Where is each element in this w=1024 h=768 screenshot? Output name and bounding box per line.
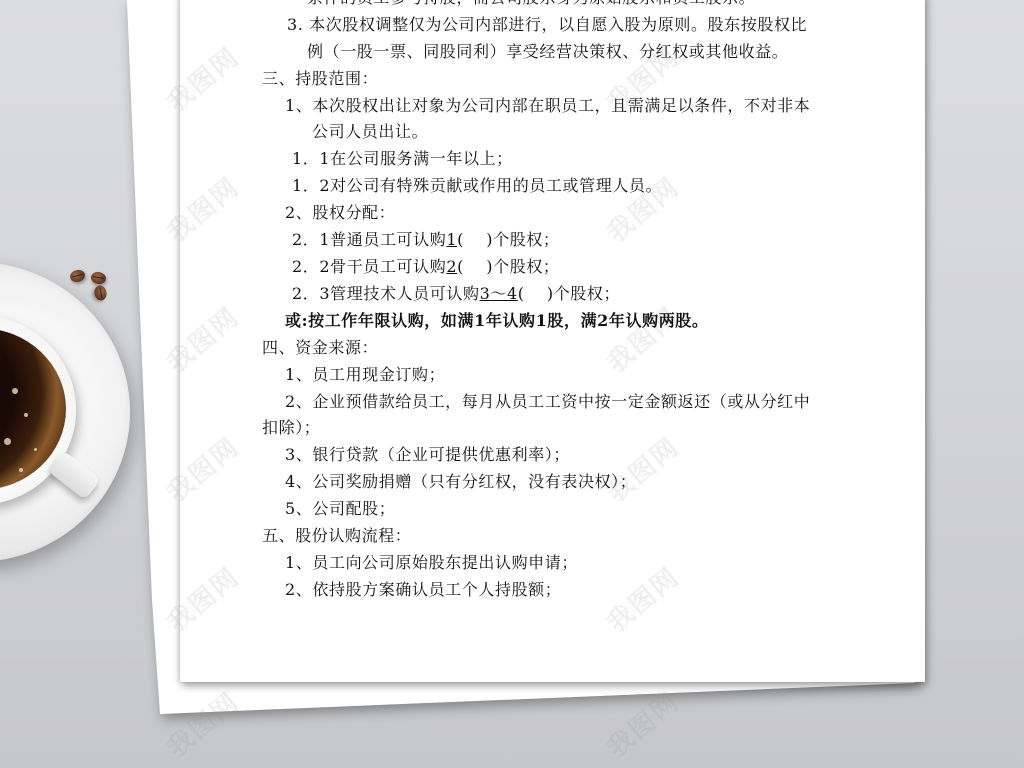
allocation-amount: 3～4 (480, 284, 518, 303)
doc-line-s5-item1: 1、员工向公司原始股东提出认购申请； (285, 550, 578, 577)
doc-line-s3-item1-1: 1．1在公司服务满一年以上； (292, 146, 513, 173)
doc-line-s5-heading: 五、股份认购流程： (262, 523, 411, 550)
background-scene: 我图网 我图网 我图网 我图网 我图网 我图网 我图网 我图网 我图网 我图网 … (0, 0, 1024, 768)
doc-line-s4-item2-cont: 扣除）； (262, 415, 320, 442)
doc-line-s2-item3-cont: 例（一股一票、同股同利）享受经营决策权、分红权或其他收益。 (307, 39, 788, 66)
doc-line-s4-item4: 4、公司奖励捐赠（只有分红权，没有表决权）； (285, 469, 636, 496)
partial-line: 条件的员工参与持股，而公司股东身为原始股东和员工股东。 (307, 0, 755, 12)
doc-line-s4-item5: 5、公司配股； (285, 496, 395, 523)
allocation-label: 2．3管理技术人员可认购 (292, 284, 480, 303)
doc-line-s3-item1-cont: 公司人员出让。 (312, 119, 428, 146)
allocation-label: 2．2骨干员工可认购 (292, 257, 446, 276)
doc-line-s4-item2: 2、企业预借款给员工，每月从员工工资中按一定金额返还（或从分红中 (285, 389, 810, 416)
allocation-s3-item2-1: 2．1普通员工可认购1( )个股权； (292, 227, 560, 254)
doc-line-s3-item2: 2、股权分配： (285, 200, 395, 227)
doc-line-s4-item3: 3、银行贷款（企业可提供优惠利率）； (285, 442, 570, 469)
allocation-suffix: ( )个股权； (457, 230, 559, 249)
doc-line-s5-item2: 2、依持股方案确认员工个人持股额； (285, 577, 561, 604)
doc-line-s2-item3: 3. 本次股权调整仅为公司内部进行，以自愿入股为原则。股东按股权比 (287, 12, 807, 39)
allocation-suffix: ( )个股权； (457, 257, 559, 276)
alternative-rule: 或:按工作年限认购，如满1年认购1股，满2年认购两股。 (285, 308, 709, 335)
doc-line-s4-heading: 四、资金来源： (262, 335, 378, 362)
allocation-s3-item2-3: 2．3管理技术人员可认购3～4( )个股权； (292, 281, 620, 308)
allocation-suffix: ( )个股权； (518, 284, 620, 303)
allocation-s3-item2-2: 2．2骨干员工可认购2( )个股权； (292, 254, 560, 281)
document-body: 条件的员工参与持股，而公司股东身为原始股东和员工股东。 3. 本次股权调整仅为公… (0, 0, 1024, 768)
allocation-label: 2．1普通员工可认购 (292, 230, 446, 249)
doc-line-s4-item1: 1、员工用现金订购； (285, 362, 445, 389)
doc-line-s3-item1-2: 1．2对公司有特殊贡献或作用的员工或管理人员。 (292, 173, 662, 200)
allocation-amount: 1 (446, 230, 457, 249)
doc-line-s3-heading: 三、持股范围： (262, 66, 378, 93)
doc-line-s3-item1: 1、本次股权出让对象为公司内部在职员工，且需满足以条件，不对非本 (285, 93, 810, 120)
allocation-amount: 2 (446, 257, 457, 276)
